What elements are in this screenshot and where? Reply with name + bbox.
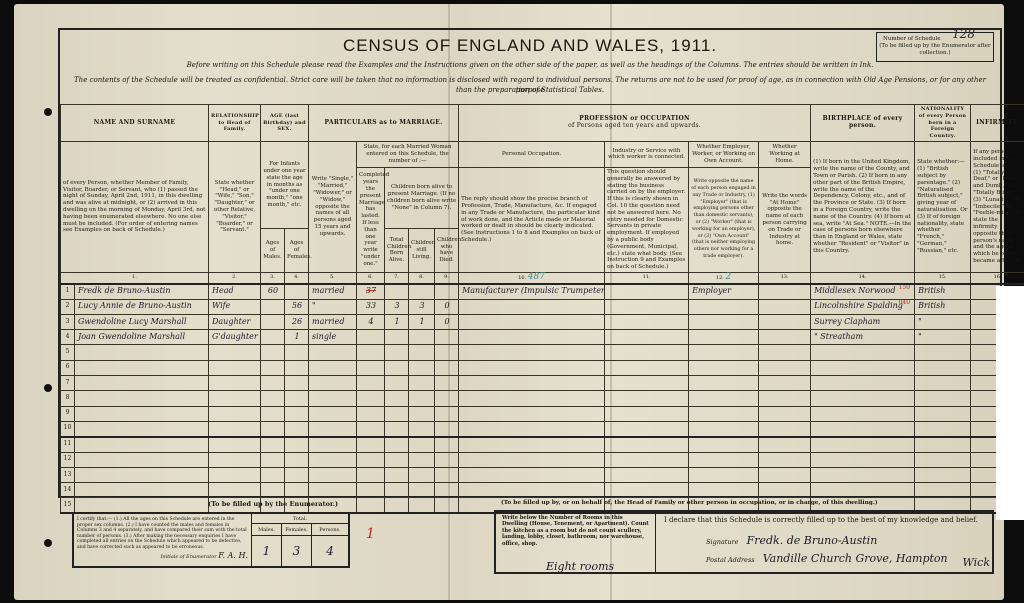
- row-number: 10: [61, 421, 75, 436]
- cell-cond: [309, 467, 357, 482]
- cell-employer: [689, 376, 759, 391]
- cell-cond: [309, 452, 357, 467]
- cell-name: [75, 360, 209, 375]
- cell-birth: [811, 452, 915, 467]
- desc-birthplace: (1) If born in the United Kingdom, write…: [811, 141, 915, 272]
- punch-hole: [44, 539, 52, 547]
- row-number: 8: [61, 391, 75, 406]
- cell-living: [409, 483, 435, 498]
- cell-age_f: [285, 467, 309, 482]
- cell-age_m: [261, 406, 285, 421]
- desc-condition: Write "Single," "Married," "Widower," or…: [309, 141, 357, 272]
- desc-infirmity: If any person included in this Schedule …: [971, 141, 1024, 272]
- cell-rel: G'daughter: [209, 330, 261, 345]
- redacted-area: [996, 286, 1024, 520]
- cell-age_m: [261, 437, 285, 452]
- cell-birth: [811, 437, 915, 452]
- address-value: Vandille Church Grove, Hampton: [763, 552, 948, 565]
- cell-home: [759, 330, 811, 345]
- cell-years: [357, 483, 385, 498]
- cell-industry: [605, 376, 689, 391]
- table-row: 14: [61, 483, 1024, 498]
- row-number: 13: [61, 467, 75, 482]
- confidential-line-2: than the preparation of Statistical Tabl…: [60, 85, 1000, 95]
- table-row: 8: [61, 391, 1024, 406]
- cell-years: [357, 452, 385, 467]
- desc-age: For Infants under one year state the age…: [261, 141, 309, 228]
- cell-nat: British: [915, 284, 971, 299]
- table-row: 9: [61, 406, 1024, 421]
- row-number: 5: [61, 345, 75, 360]
- cell-industry: [605, 345, 689, 360]
- cell-rel: [209, 376, 261, 391]
- males-total: 1: [252, 536, 282, 566]
- table-row: 1Fredk de Bruno-AustinHead60married37Man…: [61, 284, 1024, 299]
- cell-cond: [309, 391, 357, 406]
- signature-row: Signature Fredk. de Bruno-Austin: [706, 534, 877, 547]
- colnum-2: 2.: [209, 272, 261, 283]
- cell-age_f: [285, 483, 309, 498]
- cell-years: [357, 467, 385, 482]
- desc-relationship: State whether "Head," or "Wife," "Son," …: [209, 141, 261, 272]
- cell-industry: [605, 284, 689, 299]
- cell-age_f: 56: [285, 299, 309, 314]
- cell-birth: Middlesex Norwood150: [811, 284, 915, 299]
- cell-age_f: [285, 376, 309, 391]
- cell-living: [409, 376, 435, 391]
- row-number: 12: [61, 452, 75, 467]
- cell-occ: Manufacturer (Impulsic Trumpeter): [459, 284, 605, 299]
- cell-rel: [209, 467, 261, 482]
- cell-home: [759, 284, 811, 299]
- cell-home: [759, 483, 811, 498]
- cell-industry: [605, 406, 689, 421]
- table-row: 6: [61, 360, 1024, 375]
- cell-cond: [309, 376, 357, 391]
- cell-name: Joan Gwendoline Marshall: [75, 330, 209, 345]
- cell-nat: [915, 376, 971, 391]
- cell-age_m: [261, 360, 285, 375]
- cell-occ: [459, 299, 605, 314]
- cell-died: [435, 391, 459, 406]
- cell-industry: [605, 437, 689, 452]
- cell-years: [357, 330, 385, 345]
- cell-cond: [309, 406, 357, 421]
- label-children-living: Children still Living.: [409, 229, 435, 273]
- cell-age_m: [261, 391, 285, 406]
- row-number: 4: [61, 330, 75, 345]
- cell-total: [385, 406, 409, 421]
- cell-occ: [459, 406, 605, 421]
- table-row: 11: [61, 437, 1024, 452]
- table-row: 3Gwendoline Lucy MarshallDaughter26marri…: [61, 314, 1024, 329]
- colnum-6: 6.: [357, 272, 385, 283]
- census-form-frame: CENSUS OF ENGLAND AND WALES, 1911. Numbe…: [58, 28, 1002, 498]
- rooms-value: Eight rooms: [546, 564, 614, 570]
- cell-total: [385, 391, 409, 406]
- cell-nat: [915, 360, 971, 375]
- enumerator-initials: F. A. H.: [218, 551, 248, 560]
- cell-total: [385, 437, 409, 452]
- desc-home: Write the words "At Home" opposite the n…: [759, 167, 811, 272]
- cell-age_f: [285, 437, 309, 452]
- label-personal-occupation: Personal Occupation.: [459, 141, 605, 167]
- cell-rel: [209, 391, 261, 406]
- cell-home: [759, 345, 811, 360]
- desc-children: Children born alive to present Marriage.…: [385, 167, 459, 228]
- cell-rel: [209, 421, 261, 436]
- cell-age_m: [261, 299, 285, 314]
- females-total: 3: [282, 536, 312, 566]
- colnum-4: 4.: [285, 272, 309, 283]
- cell-industry: [605, 360, 689, 375]
- cell-years: 4: [357, 314, 385, 329]
- cell-nat: British: [915, 299, 971, 314]
- header-name: NAME AND SURNAME: [61, 105, 209, 142]
- cell-rel: [209, 345, 261, 360]
- header-marriage: PARTICULARS as to MARRIAGE.: [309, 105, 459, 142]
- cell-home: [759, 437, 811, 452]
- cell-died: 0: [435, 299, 459, 314]
- cell-employer: [689, 360, 759, 375]
- cell-occ: [459, 330, 605, 345]
- cell-living: [409, 330, 435, 345]
- cell-occ: [459, 345, 605, 360]
- cell-years: [357, 391, 385, 406]
- address-row: Postal Address Vandille Church Grove, Ha…: [706, 552, 948, 565]
- cell-living: [409, 467, 435, 482]
- cell-age_m: [261, 314, 285, 329]
- cell-rel: Head: [209, 284, 261, 299]
- cell-years: 37: [357, 284, 385, 299]
- cell-died: [435, 437, 459, 452]
- cell-home: [759, 299, 811, 314]
- cell-died: [435, 284, 459, 299]
- certificate-text-block: I certify that:— (1.) All the ages on th…: [74, 514, 252, 566]
- signature-label: Signature: [706, 538, 739, 546]
- cell-occ: [459, 467, 605, 482]
- cell-rel: [209, 360, 261, 375]
- cell-name: [75, 437, 209, 452]
- page-title: CENSUS OF ENGLAND AND WALES, 1911.: [60, 36, 1000, 56]
- cell-industry: [605, 483, 689, 498]
- address-continuation: Wick: [963, 556, 990, 569]
- cell-total: [385, 360, 409, 375]
- cell-industry: [605, 421, 689, 436]
- cell-total: 3: [385, 299, 409, 314]
- table-row: 13: [61, 467, 1024, 482]
- cell-occ: [459, 314, 605, 329]
- males-label: Males.: [252, 524, 282, 536]
- row-number: 1: [61, 284, 75, 299]
- cell-years: [357, 421, 385, 436]
- cell-occ: [459, 437, 605, 452]
- cell-age_m: [261, 421, 285, 436]
- cell-cond: [309, 421, 357, 436]
- table-row: 5: [61, 345, 1024, 360]
- certificate-text: I certify that:— (1.) All the ages on th…: [77, 517, 248, 551]
- table-row: 7: [61, 376, 1024, 391]
- colnum-5: 5.: [309, 272, 357, 283]
- colnum-8: 8.: [409, 272, 435, 283]
- desc-nationality: State whether:— (1) "British subject by …: [915, 141, 971, 272]
- row-number: 9: [61, 406, 75, 421]
- cell-industry: [605, 314, 689, 329]
- cell-age_m: [261, 452, 285, 467]
- desc-personal-occupation: The reply should show the precise branch…: [459, 167, 605, 272]
- head-of-family-label: (To be filled up by, or on behalf of, th…: [501, 500, 878, 506]
- row-number: 3: [61, 314, 75, 329]
- header-birthplace: BIRTHPLACE of every person.: [811, 105, 915, 142]
- cell-employer: [689, 314, 759, 329]
- cell-birth: [811, 391, 915, 406]
- cell-nat: [915, 391, 971, 406]
- form-footer: (To be filled up by the Enumerator.) I c…: [58, 498, 1002, 586]
- cell-age_f: 26: [285, 314, 309, 329]
- cell-died: [435, 345, 459, 360]
- cell-total: 1: [385, 314, 409, 329]
- desc-years-married: Completed years the present Marriage has…: [357, 167, 385, 272]
- cell-total: [385, 330, 409, 345]
- colnum-16: 16.: [971, 272, 1024, 283]
- cell-home: [759, 360, 811, 375]
- header-occupation-subtitle: of Persons aged ten years and upwards.: [461, 123, 808, 130]
- cell-died: [435, 452, 459, 467]
- enumerator-label: (To be filled up by the Enumerator.): [208, 500, 338, 508]
- cell-home: [759, 467, 811, 482]
- cell-total: [385, 284, 409, 299]
- cell-living: [409, 391, 435, 406]
- cell-employer: [689, 437, 759, 452]
- colnum-9: 9.: [435, 272, 459, 283]
- cell-nat: [915, 452, 971, 467]
- cell-birth: [811, 376, 915, 391]
- rooms-instructions: Write below the Number of Rooms in this …: [502, 515, 649, 547]
- cell-home: [759, 376, 811, 391]
- cell-name: [75, 452, 209, 467]
- row-number: 6: [61, 360, 75, 375]
- cell-occ: [459, 421, 605, 436]
- colnum-14: 14.: [811, 272, 915, 283]
- totals-grid: Total. Males. Females. Persons. 1 3 4: [252, 514, 348, 566]
- occupation-code-annotation: 487: [528, 272, 545, 282]
- colnum-12: 12. 2: [689, 272, 759, 283]
- rooms-box: Write below the Number of Rooms in this …: [496, 512, 656, 572]
- cell-total: [385, 452, 409, 467]
- cell-age_m: 60: [261, 284, 285, 299]
- cell-nat: [915, 345, 971, 360]
- column-number-row: 1. 2. 3. 4. 5. 6. 7. 8. 9. 10. 487 11. 1…: [61, 272, 1024, 283]
- cell-years: [357, 360, 385, 375]
- cell-cond: [309, 360, 357, 375]
- cell-years: [357, 376, 385, 391]
- label-industry: Industry or Service with which worker is…: [605, 141, 689, 167]
- cell-employer: [689, 421, 759, 436]
- cell-home: [759, 452, 811, 467]
- cell-years: [357, 345, 385, 360]
- cell-living: [409, 437, 435, 452]
- cell-birth: [811, 483, 915, 498]
- cell-age_m: [261, 483, 285, 498]
- cell-cond: married: [309, 314, 357, 329]
- table-row: 4Joan Gwendoline MarshallG'daughter1sing…: [61, 330, 1024, 345]
- schedule-number-label: Number of Schedule: [877, 36, 993, 43]
- header-occupation: PROFESSION or OCCUPATION of Persons aged…: [459, 105, 811, 142]
- cell-rel: Daughter: [209, 314, 261, 329]
- cell-died: [435, 330, 459, 345]
- cell-name: [75, 406, 209, 421]
- cell-rel: Wife: [209, 299, 261, 314]
- cell-age_m: [261, 330, 285, 345]
- cell-home: [759, 421, 811, 436]
- table-row: 2Lucy Annie de Bruno-AustinWife56"33330L…: [61, 299, 1024, 314]
- cell-name: [75, 421, 209, 436]
- cell-rel: [209, 452, 261, 467]
- cell-age_f: [285, 284, 309, 299]
- colnum-3: 3.: [261, 272, 285, 283]
- cell-nat: [915, 467, 971, 482]
- cell-cond: ": [309, 299, 357, 314]
- initials-row: Initials of Enumerator F. A. H.: [77, 553, 248, 561]
- cell-occ: [459, 391, 605, 406]
- red-birthplace-code: 040: [899, 300, 910, 307]
- cell-nat: ": [915, 314, 971, 329]
- cell-living: [409, 452, 435, 467]
- header-nationality: NATIONALITY of every Person born in a Fo…: [915, 105, 971, 142]
- cell-age_f: [285, 452, 309, 467]
- cell-occ: [459, 376, 605, 391]
- cell-age_m: [261, 467, 285, 482]
- cell-cond: [309, 345, 357, 360]
- label-ages-females: Ages of Females.: [285, 229, 309, 273]
- cell-name: [75, 483, 209, 498]
- colnum-11: 11.: [605, 272, 689, 283]
- label-ages-males: Ages of Males.: [261, 229, 285, 273]
- cell-rel: [209, 406, 261, 421]
- row-number: 11: [61, 437, 75, 452]
- red-birthplace-code: 150: [899, 285, 910, 292]
- cell-birth: [811, 406, 915, 421]
- cell-died: [435, 406, 459, 421]
- row-number: 7: [61, 376, 75, 391]
- cell-name: [75, 467, 209, 482]
- cell-years: [357, 406, 385, 421]
- cell-birth: Lincolnshire Spalding040: [811, 299, 915, 314]
- cell-total: [385, 376, 409, 391]
- cell-name: [75, 376, 209, 391]
- persons-total: 4: [312, 536, 348, 566]
- schedule-number-box: Number of Schedule (To be filled up by t…: [876, 32, 994, 62]
- header-infirmity: INFIRMITY.: [971, 105, 1024, 142]
- cell-employer: [689, 330, 759, 345]
- cell-living: [409, 421, 435, 436]
- census-table: NAME AND SURNAME RELATIONSHIP to Head of…: [60, 104, 1024, 514]
- cell-employer: Employer: [689, 284, 759, 299]
- header-relationship: RELATIONSHIP to Head of Family.: [209, 105, 261, 142]
- cell-age_m: [261, 376, 285, 391]
- cell-age_f: [285, 391, 309, 406]
- cell-occ: [459, 360, 605, 375]
- punch-hole: [44, 384, 52, 392]
- label-total-children: Total Children Born Alive.: [385, 229, 409, 273]
- cell-age_f: 1: [285, 330, 309, 345]
- cell-died: [435, 360, 459, 375]
- signature-value: Fredk. de Bruno-Austin: [747, 534, 878, 547]
- cell-living: [409, 360, 435, 375]
- cell-industry: [605, 467, 689, 482]
- cell-nat: ": [915, 330, 971, 345]
- schedule-number-value: 128: [952, 31, 975, 38]
- row-number: 14: [61, 483, 75, 498]
- cell-died: [435, 421, 459, 436]
- cell-age_f: [285, 406, 309, 421]
- cell-home: [759, 314, 811, 329]
- table-row: 10: [61, 421, 1024, 436]
- cell-name: [75, 391, 209, 406]
- cell-living: [409, 345, 435, 360]
- declaration-text: I declare that this Schedule is correctl…: [664, 516, 984, 524]
- cell-employer: [689, 406, 759, 421]
- totals-header: Total.: [252, 514, 348, 524]
- cell-living: [409, 284, 435, 299]
- cell-birth: Surrey Clapham: [811, 314, 915, 329]
- punch-hole: [44, 108, 52, 116]
- cell-died: [435, 467, 459, 482]
- instruction-line: Before writing on this Schedule please r…: [60, 60, 1000, 70]
- cell-years: 33: [357, 299, 385, 314]
- cell-living: [409, 406, 435, 421]
- label-home: Whether Working at Home.: [759, 141, 811, 167]
- cell-birth: " Streatham: [811, 330, 915, 345]
- head-declaration-box: Write below the Number of Rooms in this …: [494, 510, 994, 574]
- cell-total: [385, 421, 409, 436]
- declaration-area: I declare that this Schedule is correctl…: [656, 512, 992, 572]
- cell-age_m: [261, 345, 285, 360]
- address-label: Postal Address: [706, 556, 755, 564]
- cell-died: 0: [435, 314, 459, 329]
- cell-total: [385, 345, 409, 360]
- cell-employer: [689, 345, 759, 360]
- cell-rel: [209, 483, 261, 498]
- desc-name: of every Person, whether Member of Famil…: [61, 141, 209, 272]
- label-children-died: Children who have Died.: [435, 229, 459, 273]
- cell-name: Gwendoline Lucy Marshall: [75, 314, 209, 329]
- cell-industry: [605, 299, 689, 314]
- persons-label: Persons.: [312, 524, 348, 536]
- cell-nat: [915, 437, 971, 452]
- table-row: 12: [61, 452, 1024, 467]
- colnum-12-text: 12.: [716, 275, 724, 281]
- cell-nat: [915, 483, 971, 498]
- cell-died: [435, 376, 459, 391]
- colnum-13: 13.: [759, 272, 811, 283]
- cell-employer: [689, 452, 759, 467]
- cell-employer: [689, 299, 759, 314]
- desc-married-woman: State, for each Married Woman entered on…: [357, 141, 459, 167]
- red-check-mark: 1: [366, 526, 375, 542]
- cell-nat: [915, 406, 971, 421]
- cell-birth: [811, 467, 915, 482]
- schedule-number-note: (To be filled up by the Enumerator after…: [877, 43, 993, 57]
- cell-employer: [689, 483, 759, 498]
- cell-industry: [605, 391, 689, 406]
- row-number: 2: [61, 299, 75, 314]
- cell-cond: single: [309, 330, 357, 345]
- cell-occ: [459, 483, 605, 498]
- cell-total: [385, 467, 409, 482]
- cell-cond: [309, 437, 357, 452]
- cell-cond: [309, 483, 357, 498]
